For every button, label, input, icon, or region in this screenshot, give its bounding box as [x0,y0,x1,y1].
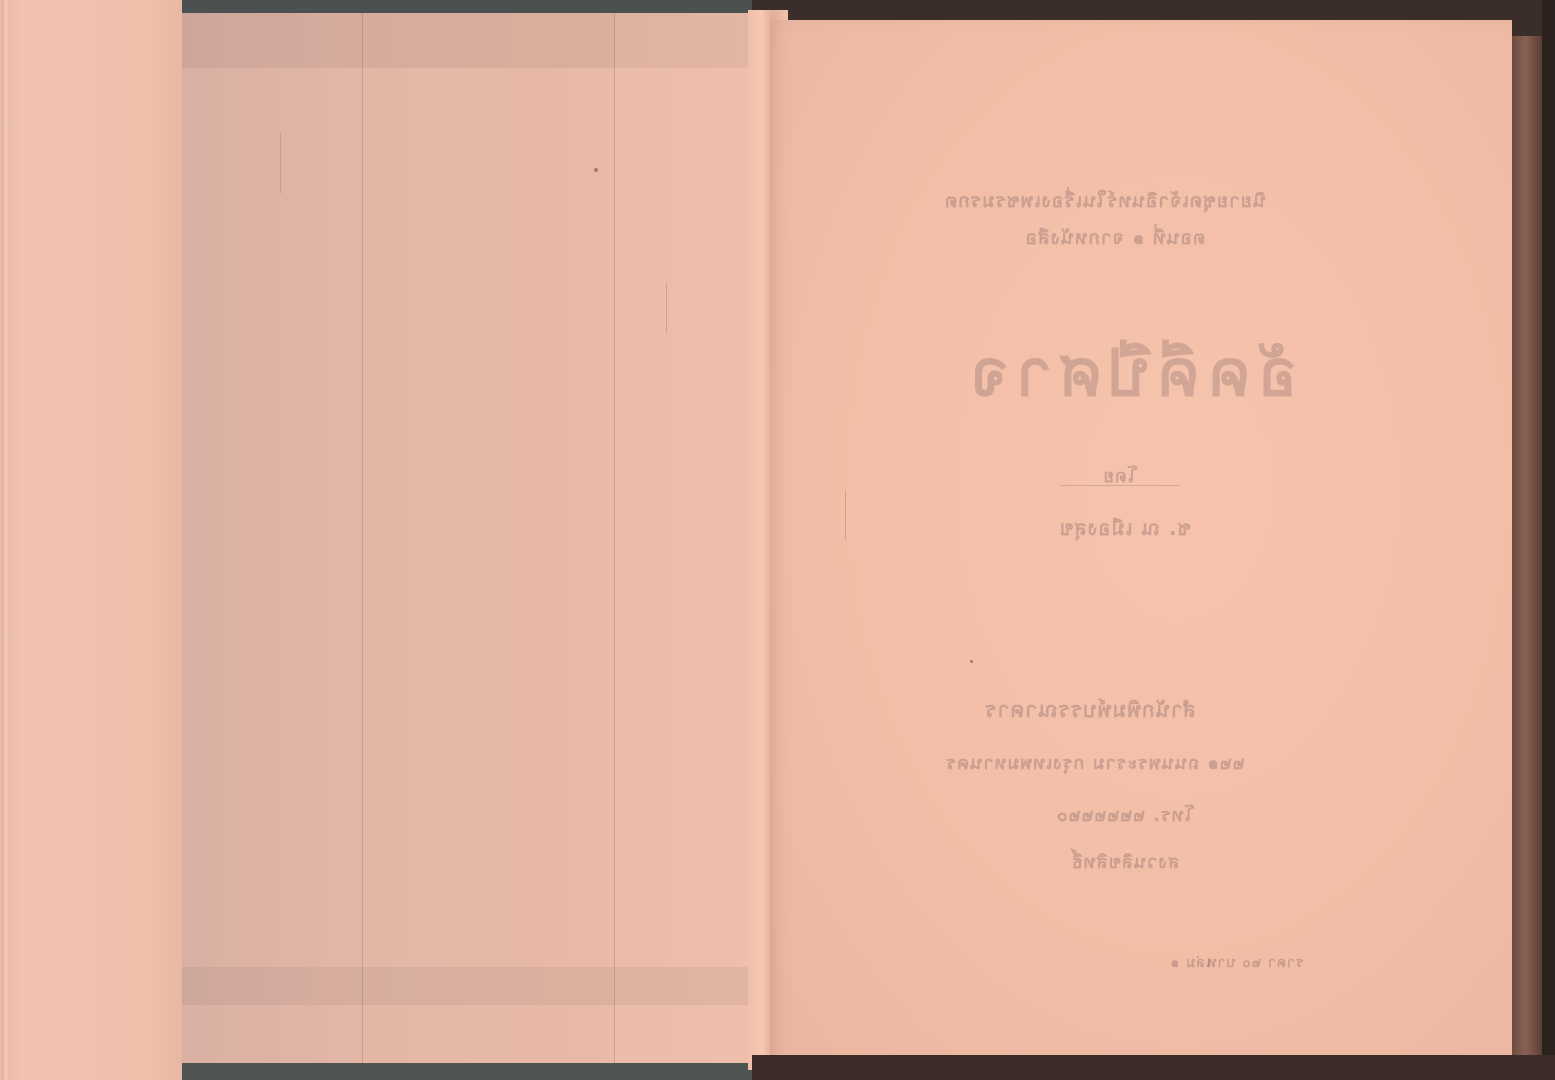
endpaper-fold [362,13,363,1063]
paper-speck [970,660,973,663]
cloth-binding-bottom [182,1063,752,1080]
publisher-phone: โทร. ๒๒๒๒๒๒๐ [1010,800,1240,829]
paper-speck [594,168,598,172]
endpaper-inner-strip [614,13,752,1063]
book-scan: นิยายชุดเจ้าอินทร์ในเรื่องเพชรมรกต ตอนที… [0,0,1555,1080]
left-flap-pastedown [0,0,182,1080]
publisher-address: ๒๒๑ ถนนพระราม กรุงเทพมหานคร [900,748,1290,777]
scan-border-bottom [752,1055,1555,1080]
rights-notice: สงวนลิขสิทธิ์ [1020,847,1230,876]
left-endpaper [182,13,752,1063]
book-title: อัคคีปีศาจ [955,322,1305,424]
endpaper-fold [614,13,615,1063]
scan-border-right [1542,0,1555,1080]
price-label: ราคา ๒๐ บาท [1190,952,1320,974]
page-block-edge [1512,36,1542,1066]
subtitle-line: ตอนที่ ๑ จากหนังสือ [990,223,1240,253]
series-line: นิยายชุดเจ้าอินทร์ในเรื่องเพชรมรกต [900,186,1310,216]
endpaper-band-bottom [182,967,752,1005]
cloth-binding-top [182,0,752,13]
paper-crease [666,283,667,333]
paper-crease [845,490,846,540]
author-name: ช. ณ เมืองสุข [1010,512,1240,544]
publisher-name: สำนักพิมพ์บรรณาคาร [900,694,1280,727]
by-label: โดย [1080,461,1160,490]
paper-crease [280,133,281,193]
